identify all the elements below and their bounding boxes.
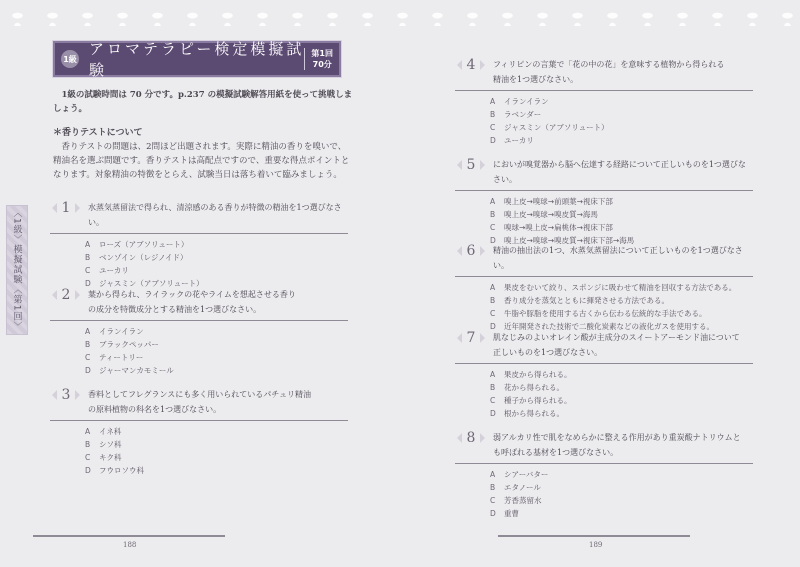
- question-number: 5: [455, 157, 487, 173]
- question-header: 8 弱アルカリ性で肌をなめらかに整える作用があり重炭酸ナトリウムとも呼ばれる基材…: [455, 430, 753, 464]
- option-c[interactable]: C牛脂や豚脂を使用する古くから伝わる伝統的な手法である。: [490, 307, 753, 320]
- page-number: 188: [123, 541, 136, 549]
- option-c[interactable]: C嗅球→嗅上皮→扁桃体→視床下部: [490, 221, 753, 234]
- option-d[interactable]: D根から得られる。: [490, 407, 753, 420]
- option-b[interactable]: Bベンゾイン（レジノイド）: [85, 251, 348, 264]
- option-b[interactable]: Bラベンダー: [490, 108, 753, 121]
- question-text: フィリピンの言葉で「花の中の花」を意味する植物から得られる精油を1つ選びなさい。: [487, 57, 727, 87]
- question-number: 3: [50, 387, 82, 403]
- page-number: 189: [589, 541, 602, 549]
- side-tab-label: 〈1級〉模擬試験〈第1回〉: [11, 208, 24, 331]
- question-text: 弱アルカリ性で肌をなめらかに整える作用があり重炭酸ナトリウムとも呼ばれる基材を1…: [487, 430, 742, 460]
- option-a[interactable]: Aイネ科: [85, 425, 348, 438]
- option-list: A嗅上皮→嗅球→前頭葉→視床下部 B嗅上皮→嗅球→嗅皮質→海馬 C嗅球→嗅上皮→…: [455, 195, 753, 247]
- question-1: 1 水蒸気蒸留法で得られ、清涼感のある香りが特徴の精油を1つ選びなさい。 Aロー…: [50, 200, 348, 290]
- option-list: A果皮から得られる。 B花から得られる。 C種子から得られる。 D根から得られる…: [455, 368, 753, 420]
- question-header: 5 においが嗅覚器から脳へ伝達する経路について正しいものを1つ選びなさい。: [455, 157, 753, 191]
- exam-title-banner: 1級 アロマテラピー検定模擬試験 第1回 70分: [53, 41, 341, 77]
- question-6: 6 精油の抽出法の1つ、水蒸気蒸留法について正しいものを1つ選びなさい。 A果皮…: [455, 243, 753, 333]
- question-header: 3 香料としてフレグランスにも多く用いられているパチュリ精油の原料植物の科名を1…: [50, 387, 348, 421]
- footer-rule: [498, 535, 690, 537]
- option-a[interactable]: A嗅上皮→嗅球→前頭葉→視床下部: [490, 195, 753, 208]
- scent-test-body: 香りテストの問題は、2問ほど出題されます。実際に精油の香りを嗅いで、精油名を選ぶ…: [53, 140, 353, 182]
- page-title: アロマテラピー検定模擬試験: [89, 38, 304, 80]
- option-a[interactable]: A果皮をむいて絞り、スポンジに吸わせて精油を回収する方法である。: [490, 281, 753, 294]
- option-d[interactable]: D重曹: [490, 507, 753, 520]
- option-d[interactable]: Dフウロソウ科: [85, 464, 348, 477]
- question-number: 2: [50, 287, 82, 303]
- option-d[interactable]: Dジャーマンカモミール: [85, 364, 348, 377]
- question-text: においが嗅覚器から脳へ伝達する経路について正しいものを1つ選びなさい。: [487, 157, 753, 187]
- option-b[interactable]: B嗅上皮→嗅球→嗅皮質→海馬: [490, 208, 753, 221]
- intro-section: 1級の試験時間は 70 分です。p.237 の模擬試験解答用紙を使って挑戦しまし…: [53, 88, 353, 182]
- question-text: 葉から得られ、ライラックの花やライムを想起させる香りの成分を特徴成分とする精油を…: [82, 287, 302, 317]
- question-number: 6: [455, 243, 487, 259]
- question-number: 8: [455, 430, 487, 446]
- option-c[interactable]: Cジャスミン（アブソリュート）: [490, 121, 753, 134]
- option-a[interactable]: A果皮から得られる。: [490, 368, 753, 381]
- question-7: 7 肌なじみのよいオレイン酸が主成分のスイートアーモンド油について正しいものを1…: [455, 330, 753, 420]
- question-header: 6 精油の抽出法の1つ、水蒸気蒸留法について正しいものを1つ選びなさい。: [455, 243, 753, 277]
- option-list: Aイランイラン Bラベンダー Cジャスミン（アブソリュート） Dユーカリ: [455, 95, 753, 147]
- option-a[interactable]: Aイランイラン: [490, 95, 753, 108]
- option-list: Aシアーバター Bエタノール C芳香蒸留水 D重曹: [455, 468, 753, 520]
- option-b[interactable]: B花から得られる。: [490, 381, 753, 394]
- question-text: 水蒸気蒸留法で得られ、清涼感のある香りが特徴の精油を1つ選びなさい。: [82, 200, 348, 230]
- question-4: 4 フィリピンの言葉で「花の中の花」を意味する植物から得られる精油を1つ選びなさ…: [455, 57, 753, 147]
- option-b[interactable]: Bエタノール: [490, 481, 753, 494]
- exam-meta: 第1回 70分: [304, 48, 333, 70]
- option-c[interactable]: C芳香蒸留水: [490, 494, 753, 507]
- question-text: 肌なじみのよいオレイン酸が主成分のスイートアーモンド油について正しいものを1つ選…: [487, 330, 742, 360]
- option-list: Aイランイラン Bブラックペッパー Cティートリー Dジャーマンカモミール: [50, 325, 348, 377]
- exam-round: 第1回: [311, 48, 333, 59]
- question-number: 4: [455, 57, 487, 73]
- question-5: 5 においが嗅覚器から脳へ伝達する経路について正しいものを1つ選びなさい。 A嗅…: [455, 157, 753, 247]
- question-3: 3 香料としてフレグランスにも多く用いられているパチュリ精油の原料植物の科名を1…: [50, 387, 348, 477]
- question-2: 2 葉から得られ、ライラックの花やライムを想起させる香りの成分を特徴成分とする精…: [50, 287, 348, 377]
- question-number: 7: [455, 330, 487, 346]
- option-c[interactable]: C種子から得られる。: [490, 394, 753, 407]
- option-a[interactable]: Aイランイラン: [85, 325, 348, 338]
- right-page: 4 フィリピンの言葉で「花の中の花」を意味する植物から得られる精油を1つ選びなさ…: [400, 0, 800, 567]
- option-list: Aイネ科 Bシソ科 Cキク科 Dフウロソウ科: [50, 425, 348, 477]
- intro-lead: 1級の試験時間は 70 分です。p.237 の模擬試験解答用紙を使って挑戦しまし…: [53, 88, 353, 116]
- option-b[interactable]: Bシソ科: [85, 438, 348, 451]
- left-page: 〈1級〉模擬試験〈第1回〉 1級 アロマテラピー検定模擬試験 第1回 70分 1…: [0, 0, 400, 567]
- option-c[interactable]: Cキク科: [85, 451, 348, 464]
- option-list: A果皮をむいて絞り、スポンジに吸わせて精油を回収する方法である。 B香り成分を蒸…: [455, 281, 753, 333]
- option-b[interactable]: Bブラックペッパー: [85, 338, 348, 351]
- option-a[interactable]: Aシアーバター: [490, 468, 753, 481]
- option-d[interactable]: Dユーカリ: [490, 134, 753, 147]
- question-header: 4 フィリピンの言葉で「花の中の花」を意味する植物から得られる精油を1つ選びなさ…: [455, 57, 753, 91]
- grade-badge: 1級: [61, 50, 79, 68]
- question-text: 精油の抽出法の1つ、水蒸気蒸留法について正しいものを1つ選びなさい。: [487, 243, 753, 273]
- question-number: 1: [50, 200, 82, 216]
- option-list: Aローズ（アブソリュート） Bベンゾイン（レジノイド） Cユーカリ Dジャスミン…: [50, 238, 348, 290]
- option-b[interactable]: B香り成分を蒸気とともに揮発させる方法である。: [490, 294, 753, 307]
- option-a[interactable]: Aローズ（アブソリュート）: [85, 238, 348, 251]
- question-8: 8 弱アルカリ性で肌をなめらかに整える作用があり重炭酸ナトリウムとも呼ばれる基材…: [455, 430, 753, 520]
- question-header: 7 肌なじみのよいオレイン酸が主成分のスイートアーモンド油について正しいものを1…: [455, 330, 753, 364]
- chapter-side-tab: 〈1級〉模擬試験〈第1回〉: [6, 205, 28, 335]
- option-c[interactable]: Cティートリー: [85, 351, 348, 364]
- exam-time: 70分: [311, 59, 333, 70]
- footer-rule: [33, 535, 225, 537]
- scent-test-heading: ＊香りテストについて: [53, 126, 353, 140]
- question-header: 2 葉から得られ、ライラックの花やライムを想起させる香りの成分を特徴成分とする精…: [50, 287, 348, 321]
- question-text: 香料としてフレグランスにも多く用いられているパチュリ精油の原料植物の科名を1つ選…: [82, 387, 312, 417]
- option-c[interactable]: Cユーカリ: [85, 264, 348, 277]
- question-header: 1 水蒸気蒸留法で得られ、清涼感のある香りが特徴の精油を1つ選びなさい。: [50, 200, 348, 234]
